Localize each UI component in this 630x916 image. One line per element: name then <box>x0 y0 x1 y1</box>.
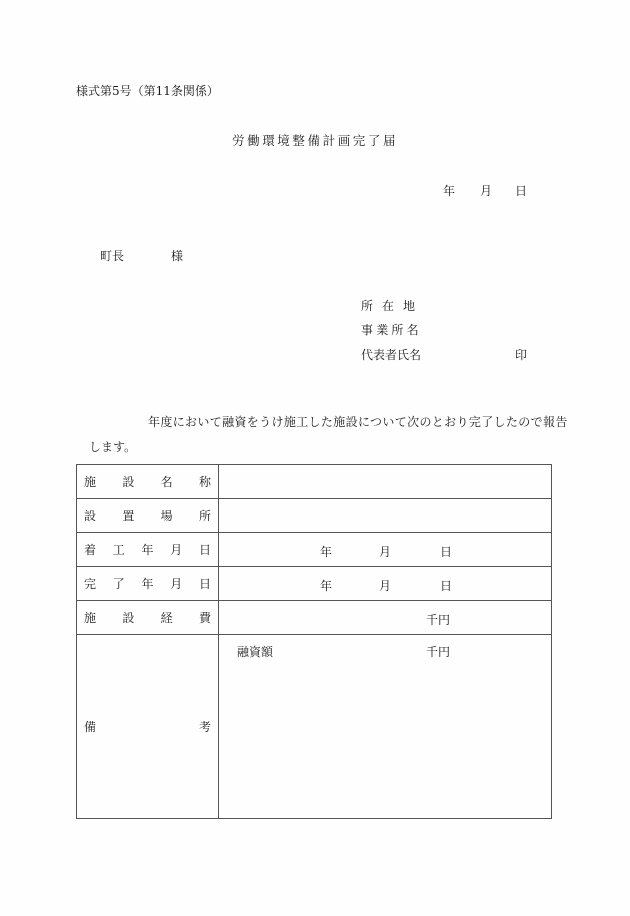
month-label: 月 <box>379 577 391 594</box>
addressee-honorific: 様 <box>171 250 183 262</box>
table-row-facility-name: 施 設 名 称 <box>77 465 552 499</box>
label-char: 月 <box>170 575 182 592</box>
address-label: 所在地 <box>361 300 424 312</box>
date-year-label: 年 <box>443 185 455 197</box>
label-char: 称 <box>199 473 211 490</box>
representative-name-label: 代表者氏名 <box>361 349 421 361</box>
label-char: 完 <box>84 575 96 592</box>
label-char: 施 <box>84 609 96 626</box>
label-char: 置 <box>122 507 134 524</box>
table-row-installation-location: 設 置 場 所 <box>77 499 552 533</box>
label-char: 費 <box>199 609 211 626</box>
cost-unit-label: 千円 <box>426 611 450 628</box>
label-char: 年 <box>141 541 153 558</box>
installation-location-field[interactable] <box>219 499 552 533</box>
table-row-remarks: 備 考 融資額 千円 <box>77 635 552 819</box>
addressee-town: 町長 <box>100 250 124 262</box>
body-text-line1: 年度において融資をうけ施工した施設について次のとおり完了したので報告 <box>148 416 568 428</box>
label-cell: 備 考 <box>77 635 219 819</box>
month-label: 月 <box>379 543 391 560</box>
completion-date-field[interactable]: 年 月 日 <box>219 567 552 601</box>
label-char: 着 <box>84 541 96 558</box>
table-row-facility-cost: 施 設 経 費 千円 <box>77 601 552 635</box>
year-label: 年 <box>320 543 332 560</box>
label-char: 場 <box>161 507 173 524</box>
label-cell: 着 工 年 月 日 <box>77 533 219 567</box>
remarks-field[interactable]: 融資額 千円 <box>219 635 552 819</box>
label-cell: 施 設 名 称 <box>77 465 219 499</box>
label-char: 了 <box>113 575 125 592</box>
label-char: 年 <box>141 575 153 592</box>
label-char: 日 <box>199 575 211 592</box>
label-char: 設 <box>84 507 96 524</box>
date-month-label: 月 <box>480 185 492 197</box>
label-char: 月 <box>170 541 182 558</box>
label-char: 所 <box>199 507 211 524</box>
facility-name-field[interactable] <box>219 465 552 499</box>
label-char: 経 <box>161 609 173 626</box>
label-char: 設 <box>122 473 134 490</box>
label-cell: 施 設 経 費 <box>77 601 219 635</box>
label-char: 名 <box>161 473 173 490</box>
start-date-field[interactable]: 年 月 日 <box>219 533 552 567</box>
label-cell: 設 置 場 所 <box>77 499 219 533</box>
day-label: 日 <box>440 543 452 560</box>
label-char: 工 <box>113 541 125 558</box>
body-text-line2: します。 <box>89 441 136 453</box>
label-char: 備 <box>84 718 96 735</box>
seal-mark: 印 <box>515 349 527 361</box>
year-label: 年 <box>320 577 332 594</box>
facility-cost-field[interactable]: 千円 <box>219 601 552 635</box>
label-char: 施 <box>84 473 96 490</box>
day-label: 日 <box>440 577 452 594</box>
label-char: 設 <box>122 609 134 626</box>
loan-amount-unit: 千円 <box>426 643 450 660</box>
table-row-start-date: 着 工 年 月 日 年 月 日 <box>77 533 552 567</box>
form-number: 様式第5号（第11条関係） <box>76 85 219 97</box>
date-day-label: 日 <box>515 185 527 197</box>
loan-amount-label: 融資額 <box>237 643 273 660</box>
office-name-label: 事業所名 <box>361 324 422 336</box>
label-char: 日 <box>199 541 211 558</box>
table-row-completion-date: 完 了 年 月 日 年 月 日 <box>77 567 552 601</box>
document-title: 労働環境整備計画完了届 <box>232 135 398 148</box>
facility-completion-table: 施 設 名 称 設 置 場 所 着 工 年 月 日 <box>76 464 552 819</box>
label-char: 考 <box>199 718 211 735</box>
label-cell: 完 了 年 月 日 <box>77 567 219 601</box>
